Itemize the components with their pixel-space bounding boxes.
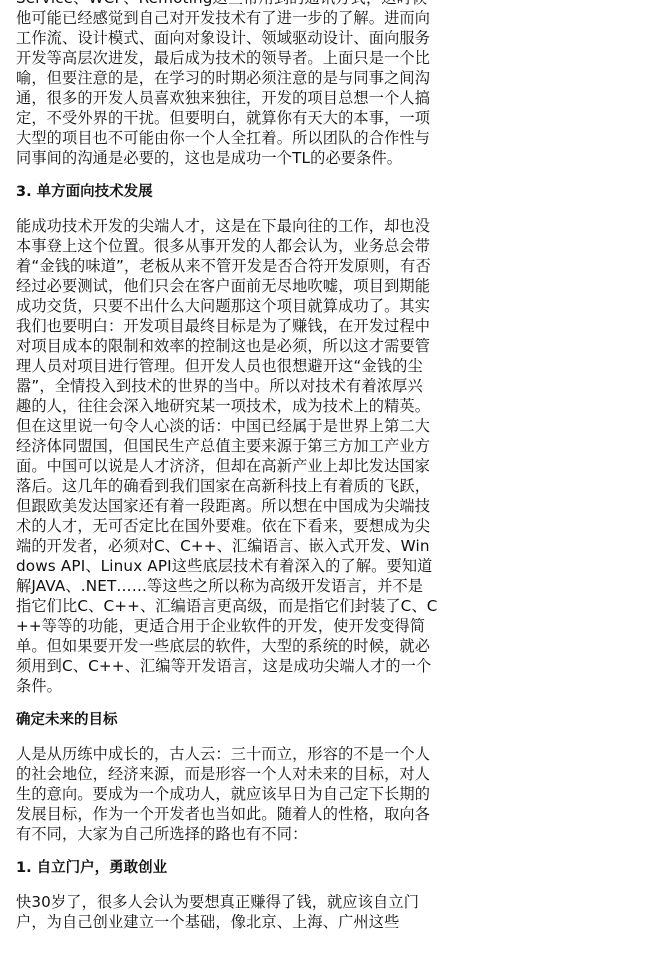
paragraph-communication: Service、WCF、Remoting这些常用到的通讯方式，这时候他可能已经感…: [16, 0, 438, 168]
article-body: Service、WCF、Remoting这些常用到的通讯方式，这时候他可能已经感…: [16, 0, 438, 932]
spacer: [16, 878, 438, 892]
spacer: [16, 168, 438, 182]
paragraph-start-business: 快30岁了，很多人会认为要想真正赚得了钱，就应该自立门户，为自己创业建立一个基础…: [16, 892, 438, 932]
heading-future-goal: 确定未来的目标: [16, 710, 438, 730]
spacer: [16, 730, 438, 744]
paragraph-tech-talent: 能成功技术开发的尖端人才，这是在下最向往的工作，却也没本事登上这个位置。很多从事…: [16, 216, 438, 696]
heading-start-business: 1. 自立门户，勇敢创业: [16, 858, 438, 878]
paragraph-future-goal: 人是从历练中成长的，古人云：三十而立，形容的不是一个人的社会地位，经济来源，而是…: [16, 744, 438, 844]
heading-tech-development: 3. 单方面向技术发展: [16, 182, 438, 202]
spacer: [16, 696, 438, 710]
spacer: [16, 844, 438, 858]
spacer: [16, 202, 438, 216]
